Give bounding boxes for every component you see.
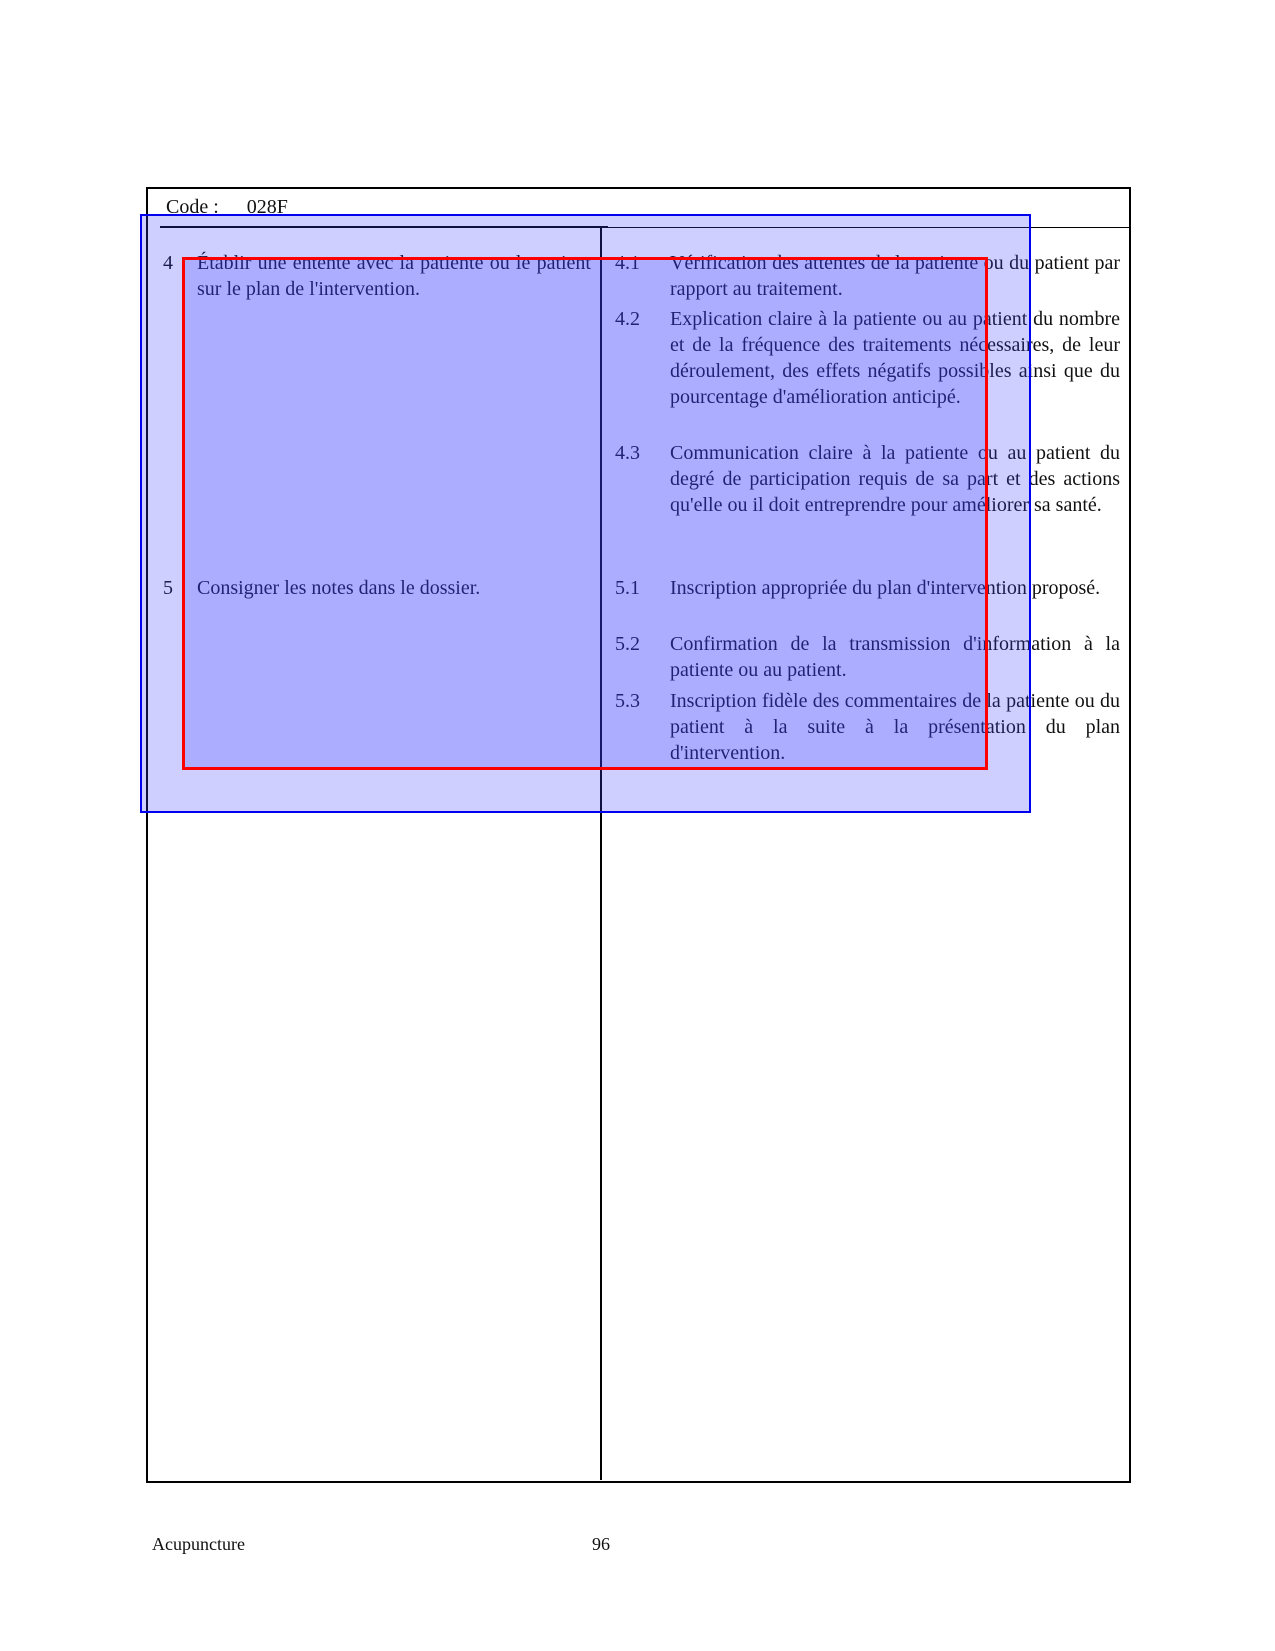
criterion-text: Confirmation de la transmission d'inform… <box>670 631 1120 683</box>
element-text: Établir une entente avec la patiente ou … <box>197 250 591 302</box>
code-header: Code :028F <box>166 196 288 218</box>
header-divider-right <box>608 227 1131 228</box>
criterion-text: Inscription fidèle des commentaires de l… <box>670 688 1120 766</box>
criterion-number: 4.3 <box>615 440 655 466</box>
criterion-text: Communication claire à la patiente ou au… <box>670 440 1120 518</box>
criterion-text: Explication claire à la patiente ou au p… <box>670 306 1120 410</box>
criterion-number: 4.2 <box>615 306 655 332</box>
footer-title: Acupuncture <box>152 1534 245 1554</box>
criterion-text: Vérification des attentes de la patiente… <box>670 250 1120 302</box>
code-label: Code : <box>166 196 219 218</box>
code-value: 028F <box>247 196 288 218</box>
criterion-number: 4.1 <box>615 250 655 276</box>
header-divider <box>160 226 608 228</box>
criterion-number: 5.2 <box>615 631 655 657</box>
criterion-number: 5.1 <box>615 575 655 601</box>
column-divider <box>600 227 602 1480</box>
page-number: 96 <box>592 1533 610 1555</box>
criterion-number: 5.3 <box>615 688 655 714</box>
element-text: Consigner les notes dans le dossier. <box>197 575 591 601</box>
page-footer: Acupuncture 96 <box>152 1533 610 1555</box>
criterion-text: Inscription appropriée du plan d'interve… <box>670 575 1120 601</box>
